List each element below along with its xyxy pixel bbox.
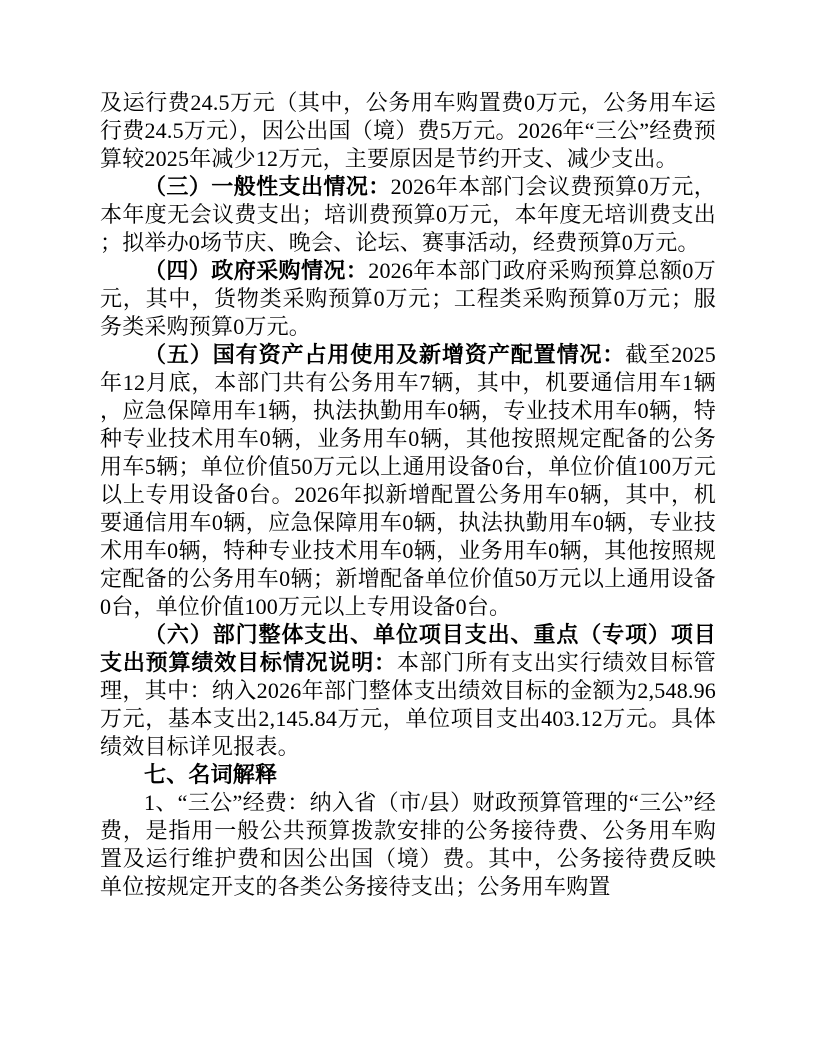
- para-text: 及运行费24.5万元（其中，公务用车购置费0万元，公务用车运行费24.5万元），…: [100, 90, 716, 171]
- para-general-expenditure: （三）一般性支出情况：2026年本部门会议费预算0万元，本年度无会议费支出；培训…: [100, 173, 716, 257]
- para-text: 1、“三公”经费：纳入省（市/县）财政预算管理的“三公”经费，是指用一般公共预算…: [100, 790, 716, 899]
- document-page: 及运行费24.5万元（其中，公务用车购置费0万元，公务用车运行费24.5万元），…: [0, 0, 816, 1056]
- heading-text: 七、名词解释: [144, 762, 277, 787]
- para-text: 截至2025年12月底，本部门共有公务用车7辆，其中，机要通信用车1辆，应急保障…: [100, 342, 716, 619]
- para-state-assets: （五）国有资产占用使用及新增资产配置情况：截至2025年12月底，本部门共有公务…: [100, 341, 716, 621]
- para-glossary-item-1: 1、“三公”经费：纳入省（市/县）财政预算管理的“三公”经费，是指用一般公共预算…: [100, 789, 716, 901]
- para-lead: （五）国有资产占用使用及新增资产配置情况：: [144, 342, 625, 367]
- heading-glossary: 七、名词解释: [100, 761, 716, 789]
- para-sangong-expense-continuation: 及运行费24.5万元（其中，公务用车购置费0万元，公务用车运行费24.5万元），…: [100, 89, 716, 173]
- para-lead: （三）一般性支出情况：: [144, 174, 391, 199]
- para-performance-targets: （六）部门整体支出、单位项目支出、重点（专项）项目支出预算绩效目标情况说明：本部…: [100, 621, 716, 761]
- para-government-procurement: （四）政府采购情况：2026年本部门政府采购预算总额0万元，其中，货物类采购预算…: [100, 257, 716, 341]
- para-lead: （四）政府采购情况：: [144, 258, 368, 283]
